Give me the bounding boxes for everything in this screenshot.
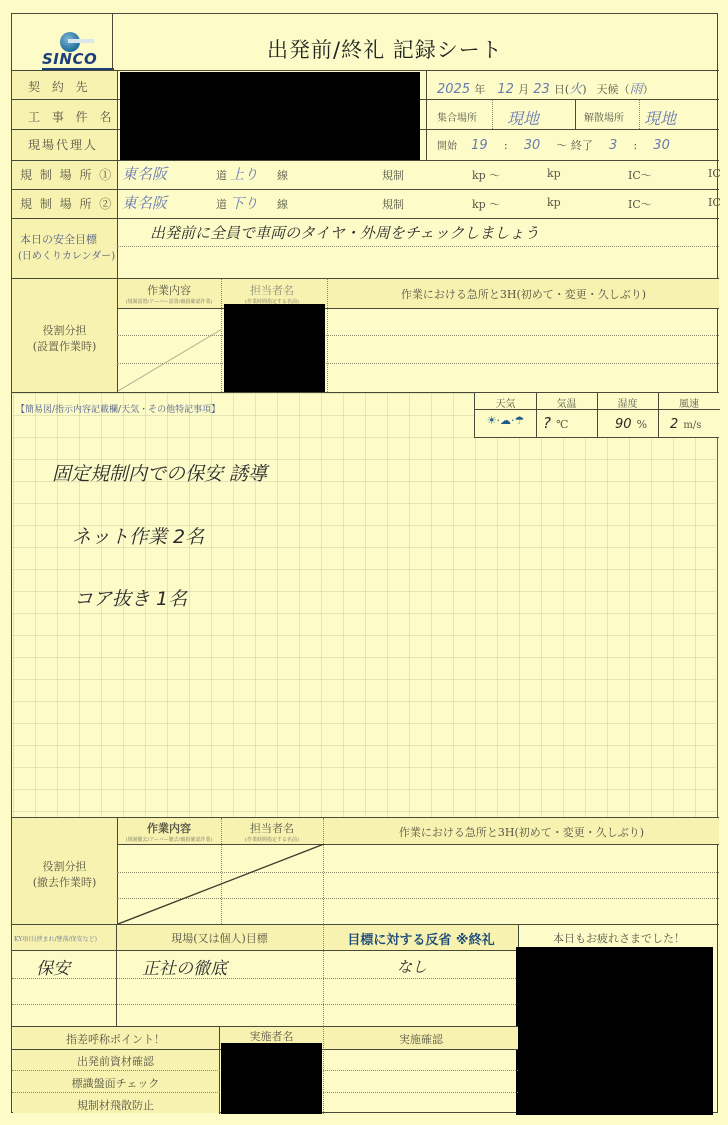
dismiss-label: 解散場所 (584, 109, 624, 124)
contractor-label: 契 約 先 (28, 78, 92, 95)
ky-row-1-item[interactable]: 保安 (36, 954, 70, 979)
assembly-value[interactable]: 現地 (507, 106, 539, 129)
weather-icons[interactable]: ☀·☁·☂ (475, 414, 536, 427)
project-label: 工 事 件 名 (28, 108, 115, 125)
redacted-thanks-area (516, 947, 713, 1115)
setup-col-risk: 作業における急所と3H(初めて・変更・久しぶり) (328, 286, 719, 302)
regulation-1-label: 規 制 場 所 ① (20, 166, 113, 183)
ky-col-goal: 現場(又は個人)目標 (117, 930, 322, 946)
note-line-2[interactable]: ネット作業 2名 (72, 522, 204, 549)
month-value[interactable]: 12 (497, 82, 514, 97)
page-title: 出発前/終礼 記録シート (267, 34, 503, 64)
redacted-checkpoint-names (221, 1043, 322, 1114)
logo-swoosh-icon (68, 39, 94, 43)
weather-table: 天気 気温 湿度 風速 ☀·☁·☂ ? ℃ 90 % 2 m/s (474, 393, 719, 438)
ky-col-review: 目標に対する反省 ※終礼 (324, 929, 518, 948)
checkpoint-col-confirm: 実施確認 (324, 1031, 518, 1047)
setup-roles-label: 役割分担 (設置作業時) (12, 322, 117, 354)
record-sheet: SINCO 出発前/終礼 記録シート 契 約 先 工 事 件 名 現場代理人 2… (11, 13, 718, 1113)
safety-goal-value[interactable]: 出発前に全員で車両のタイヤ・外周をチェックしましょう (150, 222, 539, 243)
removal-col-person: 担当者名 (作業時間指定する名前) (222, 820, 322, 843)
regulation-2-label: 規 制 場 所 ② (20, 195, 113, 212)
thanks-header: 本日もお疲れさまでした！ (519, 930, 719, 946)
redacted-setup-person (224, 304, 325, 392)
note-line-1[interactable]: 固定規制内での保安 誘導 (52, 459, 267, 486)
ky-row-1-goal[interactable]: 正社の徹底 (142, 954, 227, 979)
setup-strikethrough (118, 309, 222, 391)
regulation-1-direction[interactable]: 上り (230, 164, 258, 184)
redacted-contractor (120, 72, 420, 160)
ky-row-1-review[interactable]: なし (397, 956, 427, 977)
notes-label: 【簡易図/指示内容記載欄/天気・その他特記事項】 (16, 402, 220, 415)
time-row: 開始 19 : 30 ～ 終了 3 : 30 (437, 137, 670, 153)
regulation-2-direction[interactable]: 下り (230, 193, 258, 213)
weather-label: 天候（ (597, 83, 630, 96)
removal-roles-label: 役割分担 (撤去作業時) (12, 858, 117, 890)
end-hour[interactable]: 3 (609, 138, 617, 153)
start-label: 開始 (437, 141, 457, 152)
regulation-2-road[interactable]: 東名阪 (122, 192, 167, 213)
removal-col-risk: 作業における急所と3H(初めて・変更・久しぶり) (324, 824, 719, 840)
safety-goal-label: 本日の安全目標 (20, 231, 97, 247)
removal-strikethrough (118, 844, 324, 924)
company-logo: SINCO (42, 50, 97, 68)
regulation-1-road[interactable]: 東名阪 (122, 163, 167, 184)
checkpoint-item-1: 出発前資材確認 (12, 1053, 219, 1069)
ky-col-item: KY項目(挟まれ/墜落/保安など) (14, 934, 97, 943)
note-line-3[interactable]: コア抜き 1名 (74, 584, 187, 611)
checkpoint-item-2: 標識盤面チェック (12, 1075, 219, 1091)
dismiss-value[interactable]: 現地 (644, 106, 676, 129)
assembly-label: 集合場所 (437, 109, 477, 124)
end-min[interactable]: 30 (653, 138, 670, 153)
setup-col-person: 担当者名 (作業時間指定する名前) (222, 282, 322, 305)
humidity-value: 90 % (615, 413, 647, 432)
setup-col-work: 作業内容 (規制設置/アーバー設置/破損確認作業) (118, 282, 220, 305)
site-agent-label: 現場代理人 (28, 136, 98, 153)
checkpoint-col-name: 実施者名 (220, 1028, 323, 1044)
start-hour[interactable]: 19 (471, 138, 488, 153)
end-label: ～ 終了 (556, 139, 593, 152)
checkpoint-item-3: 規制材飛散防止 (12, 1097, 219, 1113)
date-row: 2025 年 12 月 23 日(火) 天候（雨） (437, 78, 654, 97)
year-value[interactable]: 2025 (437, 82, 470, 97)
weather-value[interactable]: 雨 (630, 82, 643, 97)
wind-value: 2 m/s (670, 413, 701, 432)
weekday-value[interactable]: 火 (569, 82, 582, 97)
checkpoint-col-point: 指差呼称ポイント！ (12, 1031, 219, 1047)
day-value[interactable]: 23 (533, 82, 550, 97)
temperature-value: ? ℃ (543, 413, 568, 432)
start-min[interactable]: 30 (524, 138, 541, 153)
removal-col-work: 作業内容 (規制撤去/アーバー撤去/破損確認作業) (118, 820, 220, 843)
